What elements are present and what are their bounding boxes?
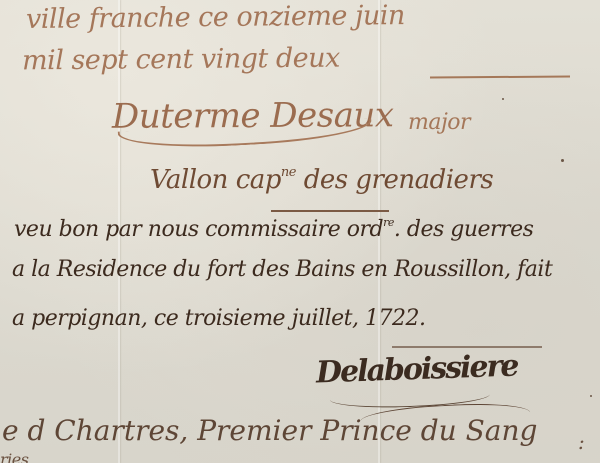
- superscript: re: [383, 216, 394, 229]
- text-line: Vallon capne des grenadiers: [150, 165, 493, 195]
- text-line: ries: [0, 450, 28, 463]
- title: cap: [236, 165, 281, 195]
- punctuation: :: [578, 430, 585, 454]
- text-line: mil sept cent vingt deux: [22, 43, 340, 77]
- underline: [271, 210, 389, 212]
- divider-stroke: [392, 346, 542, 348]
- signature-title: major: [408, 110, 470, 135]
- superscript: ne: [281, 165, 296, 180]
- text: des grenadiers: [304, 165, 493, 195]
- ink-speck: [502, 98, 504, 100]
- ink-speck: [590, 395, 592, 397]
- text-line: veu bon par nous commissaire ordre. des …: [14, 216, 533, 242]
- signature: Delaboissiere: [315, 348, 518, 390]
- text-line: ville franche ce onzieme juin: [26, 0, 405, 35]
- text-line: a la Residence du fort des Bains en Rous…: [12, 257, 552, 282]
- text-line: a perpignan, ce troisieme juillet, 1722.: [12, 306, 426, 331]
- ink-speck: [561, 159, 564, 162]
- text-line: e d Chartres, Premier Prince du Sang: [2, 414, 537, 447]
- text: veu bon par nous commissaire ord: [14, 217, 383, 242]
- text: . des guerres: [394, 217, 534, 242]
- name: Vallon: [150, 165, 228, 195]
